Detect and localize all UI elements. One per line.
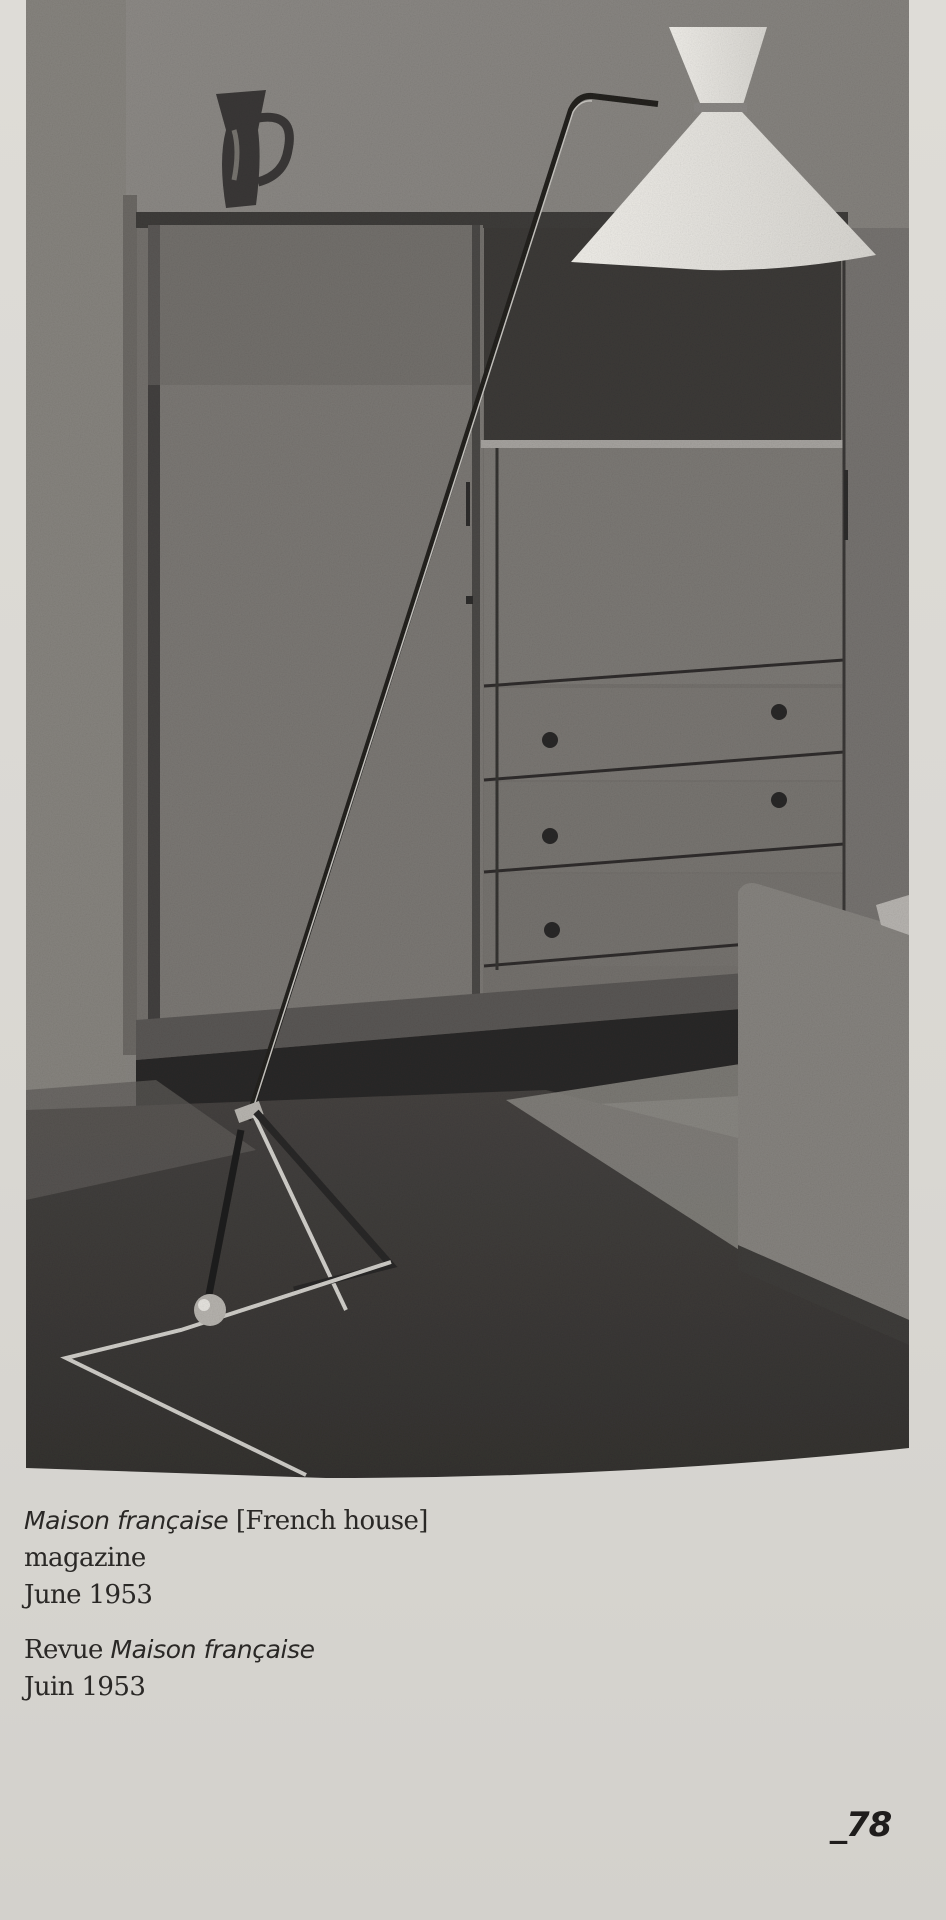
cabinet-drop-front [484,448,844,684]
bed-footboard [738,883,909,1320]
lamp-base-ball [194,1294,226,1326]
caption-en-date: June 1953 [24,1577,428,1614]
caption-en-translation: [French house] [228,1506,428,1536]
photo-caption: Maison française [French house] magazine… [24,1502,428,1706]
caption-spacer [24,1614,428,1631]
page-number: _78 [830,1805,891,1845]
caption-fr-date: Juin 1953 [24,1669,428,1706]
book-page: Maison française [French house] magazine… [0,0,946,1920]
caption-fr-magazine-title: Maison française [110,1635,314,1664]
caption-en-type: magazine [24,1540,428,1577]
room-photo-illustration [26,0,909,1480]
caption-fr-prefix: Revue [24,1635,110,1665]
caption-en-magazine-title: Maison française [24,1506,228,1535]
archival-photograph [26,0,909,1480]
caption-en-title-line: Maison française [French house] [24,1502,428,1540]
caption-fr-title-line: Revue Maison française [24,1631,428,1669]
